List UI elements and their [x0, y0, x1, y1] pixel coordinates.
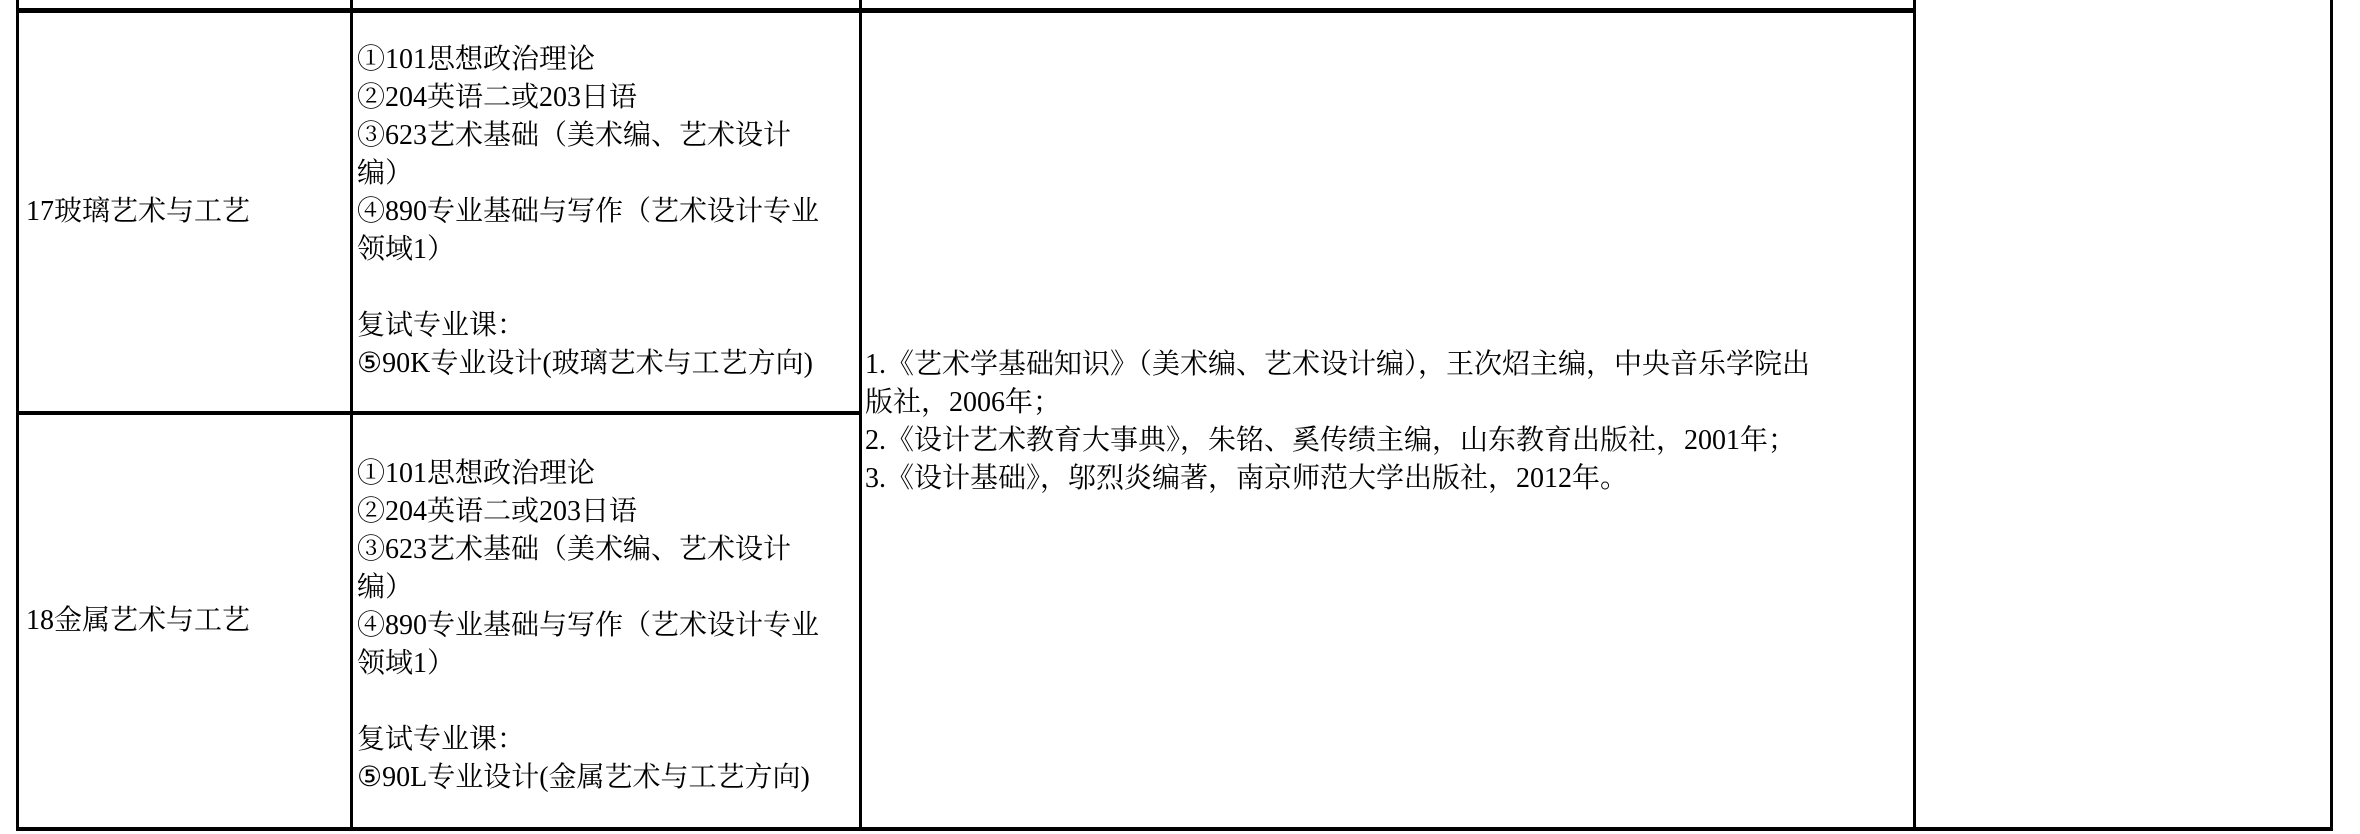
- reference-line: 1.《艺术学基础知识》（美术编、艺术设计编），王次炤主编，中央音乐学院出: [865, 346, 1913, 384]
- program-name-18: 18金属艺术与工艺: [26, 602, 250, 640]
- exam-subjects-cell-18: ①101思想政治理论 ②204英语二或203日语 ③623艺术基础（美术编、艺术…: [353, 415, 859, 827]
- subject-line: ④890专业基础与写作（艺术设计专业: [357, 607, 859, 645]
- reference-line: 3.《设计基础》，邬烈炎编著，南京师范大学出版社，2012年。: [865, 460, 1913, 498]
- subject-line: 编）: [357, 155, 859, 193]
- exam-subjects-cell-17: ①101思想政治理论 ②204英语二或203日语 ③623艺术基础（美术编、艺术…: [353, 13, 859, 411]
- subject-line: ⑤90L专业设计(金属艺术与工艺方向): [357, 759, 859, 797]
- subject-line: ⑤90K专业设计(玻璃艺术与工艺方向): [357, 345, 859, 383]
- subject-line: 领域1）: [357, 645, 859, 683]
- retest-course-heading: 复试专业课：: [357, 721, 859, 759]
- subject-line: 编）: [357, 569, 859, 607]
- subject-line: ③623艺术基础（美术编、艺术设计: [357, 531, 859, 569]
- program-cell-17: 17玻璃艺术与工艺: [19, 13, 350, 411]
- cutoff-row-region: [19, 0, 1913, 8]
- reference-books-cell: 1.《艺术学基础知识》（美术编、艺术设计编），王次炤主编，中央音乐学院出 版社，…: [862, 13, 1913, 827]
- empty-column-cell: [1916, 0, 2330, 827]
- blank-line: [357, 269, 859, 307]
- subject-line: ③623艺术基础（美术编、艺术设计: [357, 117, 859, 155]
- document-page: 17玻璃艺术与工艺 18金属艺术与工艺 ①101思想政治理论 ②204英语二或2…: [0, 0, 2360, 834]
- subject-line: 领域1）: [357, 231, 859, 269]
- reference-line: 2.《设计艺术教育大事典》，朱铭、奚传绩主编，山东教育出版社，2001年；: [865, 422, 1913, 460]
- subject-line: ②204英语二或203日语: [357, 79, 859, 117]
- blank-line: [357, 683, 859, 721]
- subject-line: ①101思想政治理论: [357, 41, 859, 79]
- program-name-17: 17玻璃艺术与工艺: [26, 193, 250, 231]
- subject-line: ①101思想政治理论: [357, 455, 859, 493]
- retest-course-heading: 复试专业课：: [357, 307, 859, 345]
- table-border-bottom: [16, 827, 2333, 831]
- reference-line: 版社，2006年；: [865, 384, 1913, 422]
- subject-line: ②204英语二或203日语: [357, 493, 859, 531]
- subject-line: ④890专业基础与写作（艺术设计专业: [357, 193, 859, 231]
- table-border-right: [2330, 0, 2333, 831]
- program-cell-18: 18金属艺术与工艺: [19, 415, 350, 827]
